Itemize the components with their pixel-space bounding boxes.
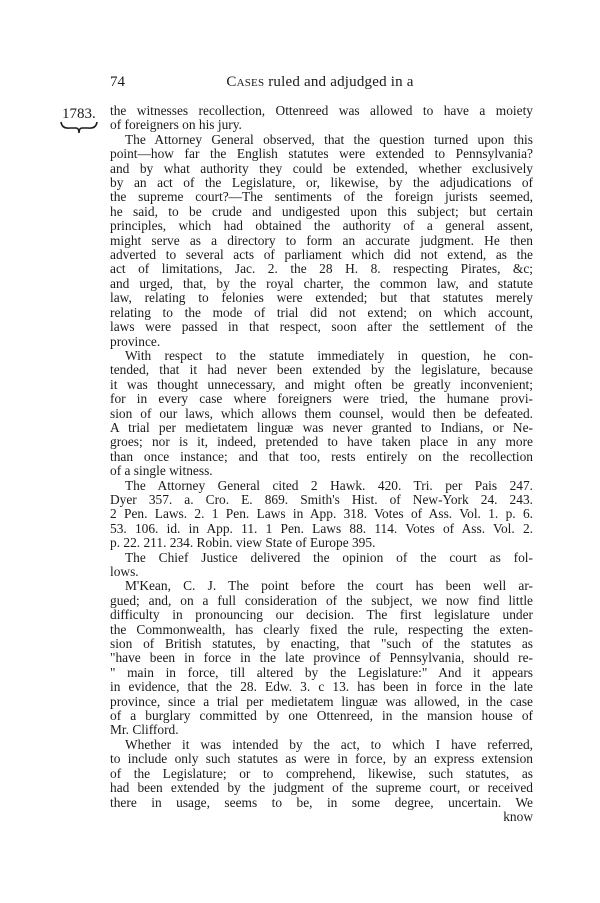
text-line: might serve as a directory to form an ac… bbox=[110, 234, 533, 248]
text-line: 53. 106. id. in App. 11. 1 Pen. Laws 88.… bbox=[110, 522, 533, 536]
text-line: by an act of the Legislature, or, likewi… bbox=[110, 176, 533, 190]
text-line: in evidence, that the 28. Edw. 3. c 13. … bbox=[110, 680, 533, 694]
text-line: p. 22. 211. 234. Robin. view State of Eu… bbox=[110, 536, 533, 550]
text-line: Dyer 357. a. Cro. E. 869. Smith's Hist. … bbox=[110, 493, 533, 507]
body-text: the witnesses recollection, Ottenreed wa… bbox=[110, 104, 533, 824]
text-line: " main in force, till altered by the Leg… bbox=[110, 666, 533, 680]
text-line: tended, that it had never been extended … bbox=[110, 363, 533, 377]
text-line: difficulty in pronouncing our decision. … bbox=[110, 608, 533, 622]
text-line: sion of our laws, which allows them coun… bbox=[110, 407, 533, 421]
text-line: act of limitations, Jac. 2. the 28 H. 8.… bbox=[110, 262, 533, 276]
text-line: A trial per medietatem linguæ was never … bbox=[110, 421, 533, 435]
text-line: groes; nor is it, indeed, pretended to h… bbox=[110, 435, 533, 449]
text-line: to include only such statutes as were in… bbox=[110, 752, 533, 766]
text-line: Whether it was intended by the act, to w… bbox=[110, 738, 533, 752]
text-line: it was thought unnecessary, and might of… bbox=[110, 378, 533, 392]
text-line: sion of British statutes, by enacting, t… bbox=[110, 637, 533, 651]
text-line: than once instance; and that too, rests … bbox=[110, 450, 533, 464]
text-line: 2 Pen. Laws. 2. 1 Pen. Laws in App. 318.… bbox=[110, 507, 533, 521]
text-line: laws were passed in that respect, soon a… bbox=[110, 320, 533, 334]
text-line: M'Kean, C. J. The point before the court… bbox=[110, 579, 533, 593]
text-line: law, relating to felonies were extended;… bbox=[110, 291, 533, 305]
text-line: had been extended by the judgment of the… bbox=[110, 781, 533, 795]
text-line: relating to the mode of trial did not ex… bbox=[110, 306, 533, 320]
text-line: The Chief Justice delivered the opinion … bbox=[110, 551, 533, 565]
text-line: he said, to be crude and undigested upon… bbox=[110, 205, 533, 219]
text-line: the witnesses recollection, Ottenreed wa… bbox=[110, 104, 533, 118]
text-line: for in every case where foreigners were … bbox=[110, 392, 533, 406]
text-line: the supreme court?—The sentiments of the… bbox=[110, 190, 533, 204]
text-line: lows. bbox=[110, 565, 533, 579]
running-head-first: Cases bbox=[226, 74, 264, 90]
text-line: point—how far the English statutes were … bbox=[110, 147, 533, 161]
text-line: of a burglary committed by one Ottenreed… bbox=[110, 709, 533, 723]
page-header: 74 Cases ruled and adjudged in a bbox=[110, 74, 530, 96]
text-line: With respect to the statute immediately … bbox=[110, 349, 533, 363]
text-line: the Commonwealth, has clearly fixed the … bbox=[110, 623, 533, 637]
text-line: The Attorney General cited 2 Hawk. 420. … bbox=[110, 479, 533, 493]
text-line: The Attorney General observed, that the … bbox=[110, 133, 533, 147]
text-line: gued; and, on a full consideration of th… bbox=[110, 594, 533, 608]
text-line: adverted to several acts of parliament w… bbox=[110, 248, 533, 262]
text-line: of foreigners on his jury. bbox=[110, 118, 533, 132]
text-line: "have been in force in the late province… bbox=[110, 651, 533, 665]
text-line: Mr. Clifford. bbox=[110, 723, 533, 737]
text-line: province. bbox=[110, 335, 533, 349]
text-line: and by what authority they could be exte… bbox=[110, 162, 533, 176]
text-line: and urged, that, by the royal charter, t… bbox=[110, 277, 533, 291]
running-head-rest: ruled and adjudged in a bbox=[264, 74, 413, 90]
brace-icon bbox=[60, 120, 98, 134]
text-line: there in usage, seems to be, in some deg… bbox=[110, 796, 533, 810]
text-line: principles, which had obtained the autho… bbox=[110, 219, 533, 233]
text-line: of a single witness. bbox=[110, 464, 533, 478]
running-head: Cases ruled and adjudged in a bbox=[110, 74, 530, 91]
document-page: 74 Cases ruled and adjudged in a 1783. t… bbox=[0, 0, 600, 903]
text-line: province, since a trial per medietatem l… bbox=[110, 695, 533, 709]
catchword: know bbox=[110, 810, 533, 824]
text-line: of the Legislature; or to comprehend, li… bbox=[110, 767, 533, 781]
